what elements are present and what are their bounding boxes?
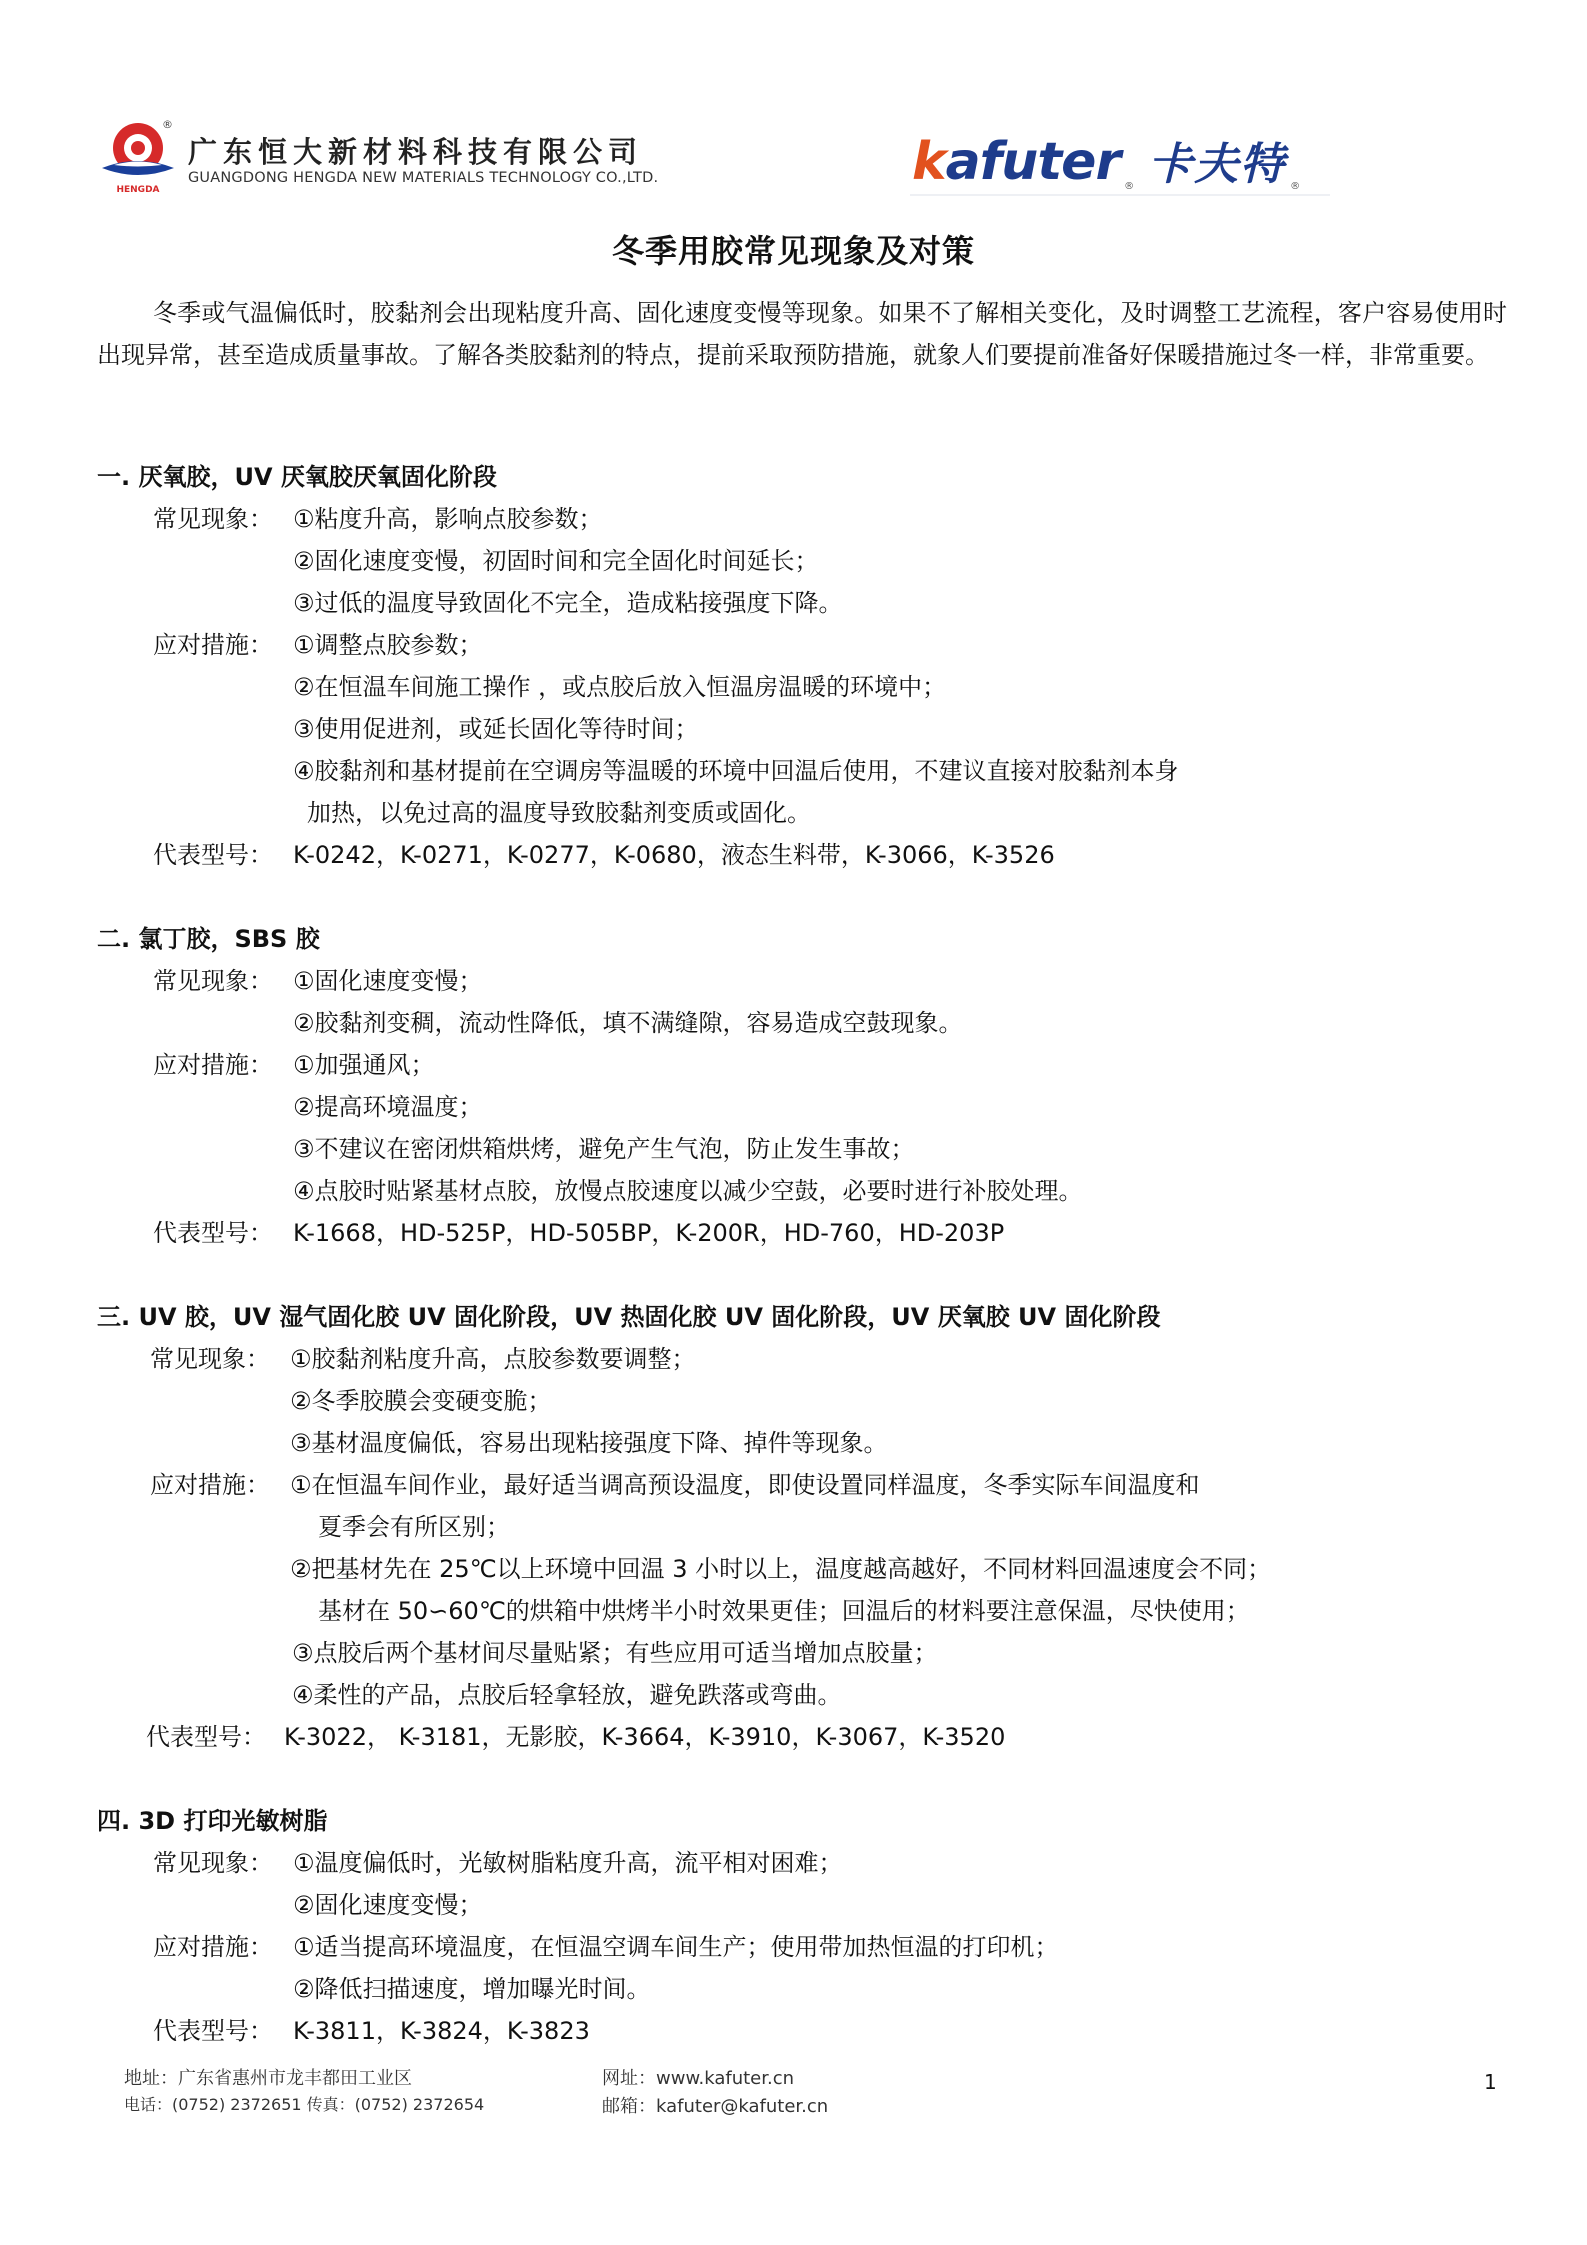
measure-item: ④胶黏剂和基材提前在空调房等温暖的环境中回温后使用，不建议直接对胶黏剂本身 [293, 756, 1179, 786]
kafuter-wordmark: kafuter [912, 132, 1120, 192]
phenomenon-item: ①温度偏低时，光敏树脂粘度升高，流平相对困难； [293, 1848, 843, 1878]
kafuter-brand-cn: 卡夫特 [1148, 139, 1286, 190]
company-name-en: GUANGDONG HENGDA NEW MATERIALS TECHNOLOG… [188, 170, 658, 186]
measure-item: ①在恒温车间作业，最好适当调高预设温度，即使设置同样温度，冬季实际车间温度和 [290, 1470, 1200, 1500]
phenomenon-item: ③基材温度偏低，容易出现粘接强度下降、掉件等现象。 [290, 1428, 888, 1458]
measure-item: ③不建议在密闭烘箱烘烤，避免产生气泡，防止发生事故； [293, 1134, 915, 1164]
phenomenon-item: ②胶黏剂变稠，流动性降低，填不满缝隙，容易造成空鼓现象。 [293, 1008, 963, 1038]
measures-label: 应对措施： [153, 1932, 273, 1962]
footer-phone-fax: 电话：(0752) 2372651 传真：(0752) 2372654 [124, 2092, 484, 2115]
phenomena-label: 常见现象： [150, 1344, 270, 1374]
measure-item: ②提高环境温度； [293, 1092, 483, 1122]
registered-mark: ® [1124, 181, 1134, 192]
svg-text:HENGDA: HENGDA [116, 185, 159, 195]
models-list: K-1668，HD-525P，HD-505BP，K-200R，HD-760，HD… [293, 1218, 1004, 1248]
phenomenon-item: ①固化速度变慢； [293, 966, 483, 996]
measure-item: ②在恒温车间施工操作 ，或点胶后放入恒温房温暖的环境中； [293, 672, 946, 702]
footer-email-link[interactable]: 邮箱：kafuter@kafuter.cn [602, 2092, 828, 2118]
phenomena-label: 常见现象： [153, 1848, 273, 1878]
registered-mark: ® [162, 118, 173, 131]
footer-address: 地址：广东省惠州市龙丰都田工业区 [124, 2064, 412, 2090]
models-label: 代表型号： [153, 2016, 273, 2046]
measure-item: ①调整点胶参数； [293, 630, 483, 660]
measure-item: ①适当提高环境温度，在恒温空调车间生产；使用带加热恒温的打印机； [293, 1932, 1059, 1962]
header-divider [910, 194, 1330, 196]
measure-item: ④点胶时贴紧基材点胶，放慢点胶速度以减少空鼓，必要时进行补胶处理。 [293, 1176, 1083, 1206]
phenomena-label: 常见现象： [153, 504, 273, 534]
measures-label: 应对措施： [153, 630, 273, 660]
section-heading: 一. 厌氧胶，UV 厌氧胶厌氧固化阶段 [97, 462, 497, 492]
section-heading: 四. 3D 打印光敏树脂 [97, 1806, 327, 1836]
section-heading: 三. UV 胶，UV 湿气固化胶 UV 固化阶段，UV 热固化胶 UV 固化阶段… [97, 1302, 1160, 1332]
document-title: 冬季用胶常见现象及对策 [0, 226, 1587, 272]
kafuter-logo: kafuter®卡夫特® [912, 128, 1304, 188]
measure-item: ④柔性的产品，点胶后轻拿轻放，避免跌落或弯曲。 [292, 1680, 842, 1710]
phenomenon-item: ②固化速度变慢，初固时间和完全固化时间延长； [293, 546, 819, 576]
measure-item: ②把基材先在 25℃以上环境中回温 3 小时以上，温度越高越好，不同材料回温速度… [290, 1554, 1271, 1584]
measure-item: ③使用促进剂，或延长固化等待时间； [293, 714, 699, 744]
measure-item-continuation: 夏季会有所区别； [318, 1512, 510, 1542]
footer-website-link[interactable]: 网址：www.kafuter.cn [602, 2064, 794, 2090]
phenomenon-item: ②固化速度变慢； [293, 1890, 483, 1920]
measures-label: 应对措施： [153, 1050, 273, 1080]
models-list: K-3811，K-3824，K-3823 [293, 2016, 590, 2046]
measure-item-continuation: 加热，以免过高的温度导致胶黏剂变质或固化。 [307, 798, 811, 828]
measure-item: ③点胶后两个基材间尽量贴紧；有些应用可适当增加点胶量； [292, 1638, 938, 1668]
models-label: 代表型号： [153, 1218, 273, 1248]
models-list: K-0242，K-0271，K-0277，K-0680，液态生料带，K-3066… [293, 840, 1055, 870]
models-label: 代表型号： [146, 1722, 266, 1752]
measure-item: ②降低扫描速度，增加曝光时间。 [293, 1974, 651, 2004]
measures-label: 应对措施： [150, 1470, 270, 1500]
page-number: 1 [1484, 2070, 1497, 2094]
phenomena-label: 常见现象： [153, 966, 273, 996]
phenomenon-item: ②冬季胶膜会变硬变脆； [290, 1386, 552, 1416]
phenomenon-item: ①胶黏剂粘度升高，点胶参数要调整； [290, 1344, 696, 1374]
section-heading: 二. 氯丁胶，SBS 胶 [97, 924, 320, 954]
registered-mark: ® [1290, 181, 1300, 192]
company-name-cn: 广东恒大新材料科技有限公司 [188, 130, 643, 171]
models-list: K-3022， K-3181，无影胶，K-3664，K-3910，K-3067，… [284, 1722, 1005, 1752]
intro-paragraph: 冬季或气温偏低时，胶黏剂会出现粘度升高、固化速度变慢等现象。如果不了解相关变化，… [97, 292, 1507, 376]
phenomenon-item: ①粘度升高，影响点胶参数； [293, 504, 603, 534]
measure-item: ①加强通风； [293, 1050, 435, 1080]
phenomenon-item: ③过低的温度导致固化不完全，造成粘接强度下降。 [293, 588, 843, 618]
models-label: 代表型号： [153, 840, 273, 870]
measure-item-continuation: 基材在 50∽60℃的烘箱中烘烤半小时效果更佳；回温后的材料要注意保温，尽快使用… [318, 1596, 1250, 1626]
